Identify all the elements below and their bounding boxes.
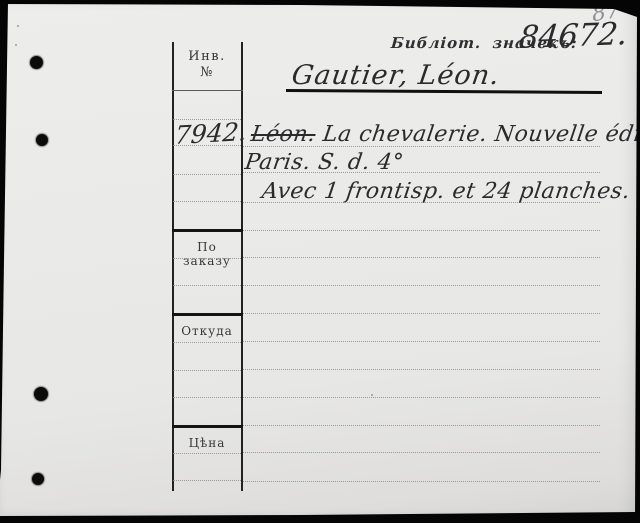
label-price: Цѣна (172, 436, 242, 450)
punch-hole (36, 134, 48, 146)
ruled-line (243, 481, 600, 482)
paper-speck (17, 25, 19, 27)
ruled-line (243, 452, 600, 453)
ruled-line (243, 313, 600, 314)
ruled-line (243, 369, 600, 370)
ruled-line (243, 257, 600, 258)
ruled-line (243, 230, 600, 231)
section-divider (172, 425, 243, 428)
ruled-line (243, 425, 600, 426)
inventory-number: 7942. (174, 117, 248, 150)
scanned-catalog-card: 87 Библіот. значекъ: 84672. Инв. № По за… (0, 0, 640, 523)
paper-speck (15, 44, 17, 46)
ruled-line (243, 397, 600, 398)
ruled-line (173, 201, 241, 202)
author-heading: Gautier, Léon. (290, 60, 502, 91)
punch-hole (34, 387, 48, 401)
label-inventory-line2: № (172, 65, 242, 80)
struck-word: Léon. (249, 122, 317, 147)
ruled-line (173, 258, 241, 259)
ruled-line (243, 285, 600, 286)
ruled-line (173, 370, 241, 371)
entry-collation-line: Avec 1 frontisp. et 24 planches. (260, 179, 632, 204)
ruled-line (173, 480, 241, 481)
section-rule (172, 90, 243, 91)
entry-imprint-line: Paris. S. d. 4° (243, 150, 405, 175)
paper-speck (371, 394, 373, 396)
label-from-where: Откуда (172, 324, 242, 338)
stamp-number: 84672. (517, 16, 629, 56)
label-inventory-line1: Инв. (172, 49, 242, 64)
ruled-line (173, 174, 241, 175)
label-by-order: По заказу (172, 240, 242, 268)
title-text: La chevalerie. Nouvelle édition. (314, 122, 640, 147)
entry-title-line: Léon. La chevalerie. Nouvelle édition. (249, 122, 640, 147)
author-underline (286, 89, 602, 94)
ruled-line (243, 341, 600, 342)
ruled-line (173, 397, 241, 398)
ruled-line (173, 342, 241, 343)
punch-hole (32, 473, 44, 485)
section-divider (172, 229, 243, 232)
section-divider (172, 313, 243, 316)
ruled-line (173, 453, 241, 454)
card-content: 87 Библіот. значекъ: 84672. Инв. № По за… (0, 0, 640, 523)
ruled-line (173, 285, 241, 286)
punch-hole (30, 56, 43, 69)
